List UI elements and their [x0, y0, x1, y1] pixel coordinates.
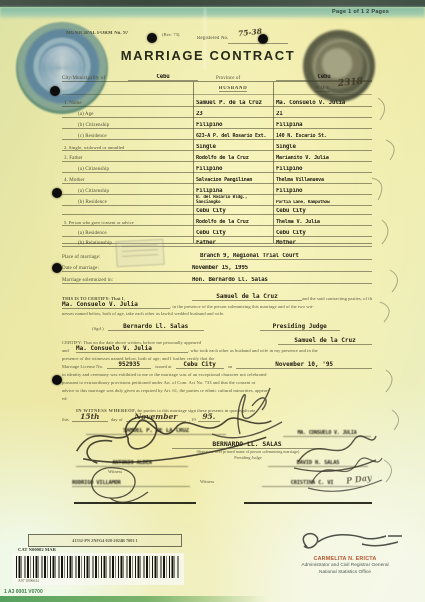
husband-value: B. del Rosario Bldg., Sanciangko	[193, 195, 273, 206]
witness3-name: DAVID N. SALAS	[268, 460, 368, 467]
date-of-marriage-label: Date of marriage:	[62, 266, 192, 272]
row-label: (a) Age	[62, 112, 193, 118]
barcode-number: A97 0396612	[18, 579, 39, 583]
solemnized-label: Marriage solemnized in:	[62, 278, 192, 284]
groom-typed-name: SAMUEL P. DE LA CRUZ	[86, 428, 226, 435]
row-label: 1. Name	[62, 101, 193, 107]
signature-judge-icon	[192, 376, 287, 436]
husband-value: Filipino	[193, 166, 273, 173]
husband-value: Samuel P. de la Cruz	[193, 100, 273, 107]
certify1-line3: nesses named below, both of age, take ea…	[62, 311, 372, 316]
corner-code: 1 A3 0001 V0700	[4, 589, 43, 595]
husband-value: Filipino	[193, 122, 273, 129]
husband-value: Rodolfo de la Cruz	[193, 155, 273, 162]
husband-value: Single	[193, 144, 273, 151]
control-number-box: 41332-PN 2NFG4 020-2024B 7003 1	[28, 534, 182, 547]
husband-value: Cebu City	[193, 208, 273, 215]
punch-hole-icon	[52, 263, 62, 273]
sgd-name: Bernardo Ll. Salas	[108, 323, 204, 331]
row-label: 4. Mother	[62, 178, 193, 184]
sgd-title: Presiding Judge	[260, 323, 340, 331]
city-value: Cebu	[128, 74, 198, 81]
punch-hole-icon	[147, 33, 157, 43]
row-label: (c) Residence	[62, 134, 193, 140]
control-number-text: 41332-PN 2NFG4 020-2024B 7003 1	[72, 538, 138, 543]
husband-value: 623-A P. del Rosario Ext.	[193, 133, 273, 140]
punch-hole-icon	[52, 375, 62, 385]
row-label: 3. Father	[62, 156, 193, 162]
witness2-name: RODRIGO VILLAMOR	[72, 480, 190, 487]
scan-edge-bottom	[0, 596, 268, 602]
cat-number-text: CAT N00002 MAR	[18, 547, 56, 552]
punch-hole-icon	[52, 188, 62, 198]
form-revision: (Rev. 73)	[162, 32, 180, 37]
registrar-title: Administrator and Civil Registrar Genera…	[270, 563, 420, 568]
punch-hole-icon	[50, 86, 60, 96]
signature-rule	[244, 502, 372, 504]
husband-value: 23	[193, 111, 273, 118]
page-number-label: Page 1 of 1 2 Pages	[332, 9, 389, 15]
page-title: MARRIAGE CONTRACT	[118, 48, 298, 63]
form-number: MUNICIPAL FORM No. 97	[66, 31, 128, 36]
witness-center-caption: Witness	[200, 479, 214, 484]
marriage-contract-scan: Page 1 of 1 2 Pages MUNICIPAL FORM No. 9…	[0, 0, 425, 602]
scan-edge-top	[0, 0, 425, 7]
registrar-name: CARMELITA N. ERICTA	[278, 556, 412, 562]
pencil-margin-marks-icon	[356, 70, 422, 510]
registrar-office: National Statistics Office	[270, 570, 420, 575]
husband-value: Salvacion Pangilinan	[193, 177, 273, 184]
place-of-marriage-label: Place of marriage:	[62, 255, 130, 260]
place-of-marriage-value: Branch 9, Regional Trial Court	[200, 253, 372, 260]
witness1-name: ANTONIO ALDEA	[76, 460, 188, 467]
signature-registrar-icon	[292, 528, 404, 556]
signature-rule	[74, 502, 196, 504]
row-label: (b) Citizenship	[62, 123, 193, 129]
husband-value: Rodolfo de la Cruz	[193, 219, 273, 226]
row-label: 2. Single, widowed or annulled	[62, 145, 193, 151]
solemnized-value: Hon. Bernardo Ll. Salas	[192, 277, 372, 284]
date-of-marriage-value: November 15, 1995	[192, 265, 372, 272]
certify2-line8: ed.	[62, 396, 68, 401]
witness1-caption: Witness	[108, 469, 122, 474]
wife-column-header: WIFE	[315, 86, 331, 92]
barcode-icon: A97 0396612	[12, 553, 184, 585]
row-label: (a) Citizenship	[62, 167, 193, 173]
sgd-label: (Sgd.)	[92, 326, 104, 331]
row-label: 5. Person who gave consent or advice	[62, 220, 193, 226]
city-label: City/Municipality of	[62, 76, 128, 81]
husband-column-header: HUSBAND	[219, 86, 248, 92]
registered-no-label: Registered No.	[197, 36, 228, 41]
